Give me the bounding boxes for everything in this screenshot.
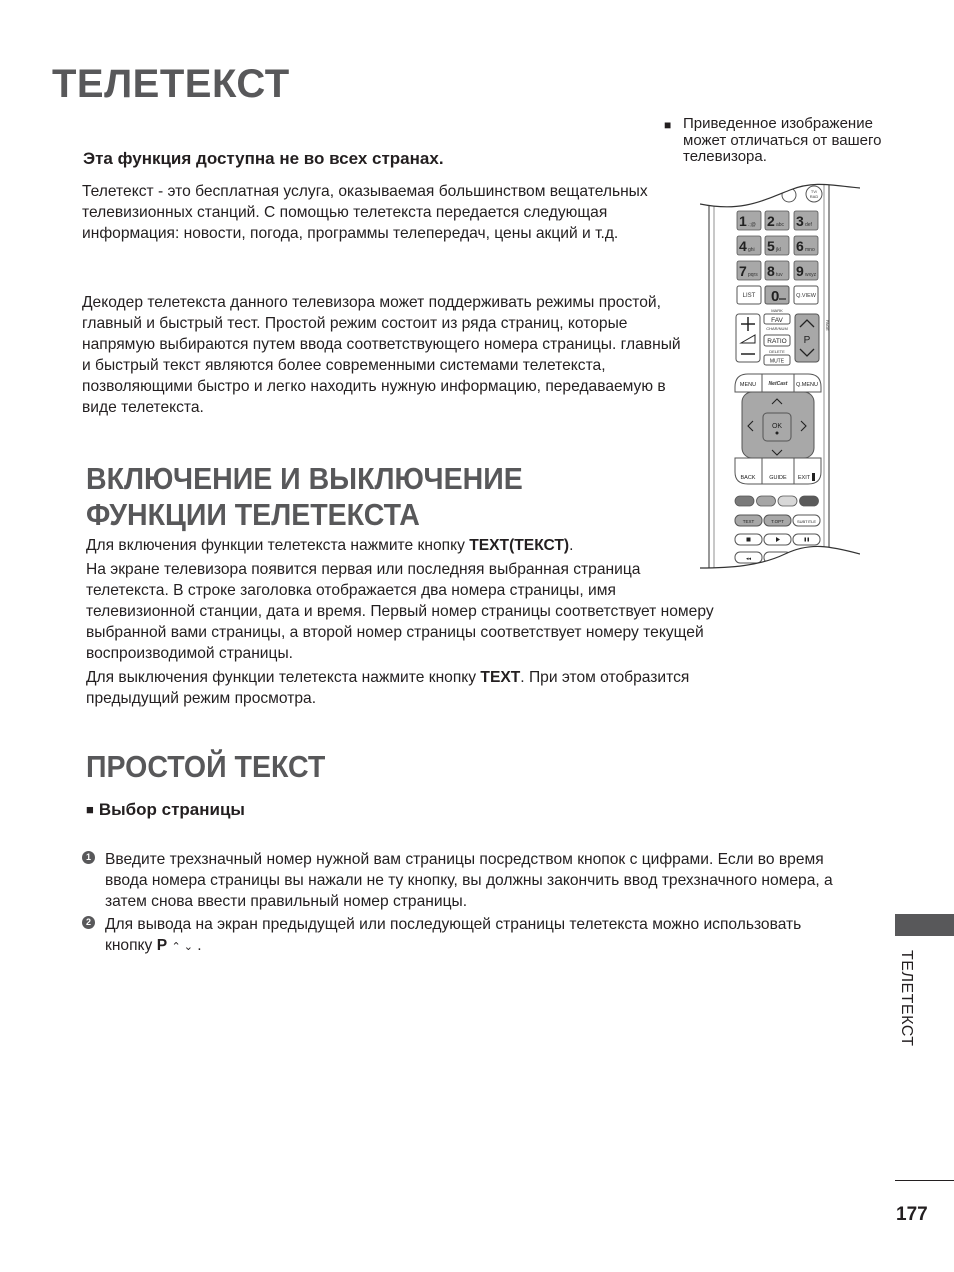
enable-instruction-text: Для включения функции телетекста нажмите… [86,537,469,554]
p-up-down-icon: ⌃ ⌄ [171,941,193,953]
svg-text:MARK: MARK [771,308,783,313]
chapter-label: ТЕЛЕТЕКСТ [893,950,915,1047]
page-selection-heading-text: Выбор страницы [99,800,245,819]
svg-text:T.OPT: T.OPT [771,519,784,524]
step-2-prefix: Для вывода на экран предыдущей или после… [105,916,801,954]
svg-text:LIST: LIST [743,293,756,299]
p-key-label: P [157,937,167,954]
page-selection-heading: ■Выбор страницы [86,800,245,820]
intro-paragraph-1: Телетекст - это бесплатная услуга, оказы… [82,181,682,244]
bullet-square-icon: ■ [86,802,94,817]
svg-text:MENU: MENU [740,382,756,388]
svg-text:◂◂: ◂◂ [746,556,752,562]
enable-instruction-suffix: . [569,537,573,554]
svg-text:3: 3 [796,213,804,229]
svg-text:MUTE: MUTE [770,359,785,365]
svg-text:CHAR/NUM: CHAR/NUM [766,326,788,331]
section-heading-simple-text: ПРОСТОЙ ТЕКСТ [86,749,325,785]
svg-text:TEXT: TEXT [743,519,755,524]
text-key-label: TEXT(ТЕКСТ) [469,537,569,554]
step-1: 1 Введите трехзначный номер нужной вам с… [82,849,842,912]
svg-text:2: 2 [767,213,775,229]
svg-text:9: 9 [796,263,804,279]
svg-text:5: 5 [767,238,775,254]
svg-text:FAV: FAV [771,317,783,324]
bullet-square-icon: ■ [664,117,671,134]
footer-divider [895,1180,954,1181]
section-heading-on-off: ВКЛЮЧЕНИЕ И ВЫКЛЮЧЕНИЕ ФУНКЦИИ ТЕЛЕТЕКСТ… [86,461,601,533]
image-disclaimer: ■ Приведенное изображение может отличать… [664,116,914,166]
svg-text:RAD: RAD [810,194,819,199]
page-number: 177 [896,1204,928,1226]
text-key-label: TEXT [480,669,520,686]
step-2-suffix: . [193,937,202,954]
svg-text:Q.MENU: Q.MENU [796,382,818,388]
disable-instruction: Для выключения функции телетекста нажмит… [86,667,726,709]
svg-text:jkl: jkl [775,247,781,253]
svg-text:SUBTITLE: SUBTITLE [797,519,816,524]
svg-text:pqrs: pqrs [748,272,758,278]
svg-text:.;@: .;@ [748,222,756,228]
svg-text:1: 1 [739,213,747,229]
svg-text:Q.VIEW: Q.VIEW [796,293,817,299]
svg-text:4: 4 [739,238,747,254]
enable-instruction: Для включения функции телетекста нажмите… [86,535,726,556]
svg-text:0: 0 [771,288,779,305]
svg-text:RATIO: RATIO [767,338,786,345]
svg-text:6: 6 [796,238,804,254]
availability-note: Эта функция доступна не во всех странах. [83,149,444,169]
svg-text:NetCast: NetCast [769,381,788,387]
step-number-icon: 1 [82,851,95,864]
svg-text:abc: abc [776,222,785,228]
svg-text:EXIT: EXIT [798,475,811,481]
svg-text:DELETE: DELETE [769,349,785,354]
intro-paragraph-2: Декодер телетекста данного телевизора мо… [82,292,682,418]
step-2-text: Для вывода на экран предыдущей или после… [105,914,842,958]
image-disclaimer-text: Приведенное изображение может отличаться… [683,116,914,166]
svg-text:ghi: ghi [748,247,755,253]
disable-instruction-text: Для выключения функции телетекста нажмит… [86,669,480,686]
svg-text:def: def [805,222,813,228]
step-2: 2 Для вывода на экран предыдущей или пос… [82,914,842,958]
chapter-tab-marker [895,914,954,936]
svg-text:8: 8 [767,263,775,279]
svg-text:7: 7 [739,263,747,279]
page-title: ТЕЛЕТЕКСТ [52,62,290,107]
svg-text:tuv: tuv [776,272,783,278]
svg-text:wxyz: wxyz [805,272,817,278]
svg-text:P: P [804,335,811,346]
svg-text:mno: mno [805,247,815,253]
svg-text:OK: OK [772,423,782,430]
svg-text:PAGE: PAGE [825,320,830,331]
svg-text:BACK: BACK [741,475,756,481]
teletext-display-description: На экране телевизора появится первая или… [86,559,726,664]
step-1-text: Введите трехзначный номер нужной вам стр… [105,849,842,912]
remote-control-illustration: TV/ RAD 1.;@2abc3def4ghi5jkl6mno7pqrs8tu… [700,182,860,574]
svg-text:GUIDE: GUIDE [769,475,787,481]
step-number-icon: 2 [82,916,95,929]
